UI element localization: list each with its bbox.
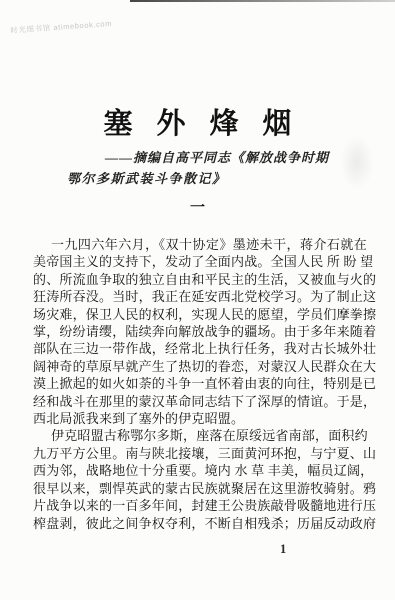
body-text-line: 经和战斗在那里的蒙汉革命同志结下了深厚的情谊。于是， bbox=[33, 393, 367, 410]
body-text-line: 片战争以来的一百多年间，封建王公贵族敲骨吸髓地进行压 bbox=[33, 497, 367, 514]
body-text-line: 九万平方公里。南与陕北接壤，三面黄河环抱，与宁夏、山 bbox=[33, 445, 367, 462]
body-text-line: 西为邻，战略地位十分重要。境内 水 草 丰美，幅员辽阔， bbox=[33, 462, 367, 479]
body-text-line: 漠上掀起的如火如荼的斗争一直怀着由衷的向往，特别是已 bbox=[33, 375, 367, 392]
page-number: 1 bbox=[280, 542, 286, 557]
body-text-line: 伊克昭盟古称鄂尔多斯，座落在原绥远省南部，面积约 bbox=[33, 427, 367, 444]
section-number: 一 bbox=[0, 196, 395, 217]
attribution-line-1: ——摘编自高平同志《解放战争时期 bbox=[105, 147, 329, 166]
scan-edge-artifact bbox=[130, 0, 395, 2]
body-text-line: 狂涛所吞没。当时，我正在延安西北党校学习。为了制止这 bbox=[33, 288, 367, 305]
body-text-line: 一九四六年六月，《双十协定》墨迹未干，蒋介石就在 bbox=[33, 236, 367, 253]
page-title: 塞外烽烟 bbox=[0, 101, 395, 142]
body-text-line: 很早以来，剽悍英武的蒙古民族就聚居在这里游牧骑射。鸦 bbox=[33, 480, 367, 497]
attribution-line-2: 鄂尔多斯武装斗争散记》 bbox=[67, 168, 227, 187]
body-text-line: 场灾难，保卫人民的权利，实现人民的愿望，学员们摩拳擦 bbox=[33, 306, 367, 323]
body-text-line: 榨盘剥，彼此之间争权夺利，不断自相残杀；历届反动政府 bbox=[33, 515, 367, 532]
body-text-line: 掌，纷纷请缨，陆续奔向解放战争的疆场。由于多年来随着 bbox=[33, 323, 367, 340]
scan-smudge bbox=[340, 135, 374, 190]
body-text-block: 一九四六年六月，《双十协定》墨迹未干，蒋介石就在 美帝国主义的支持下，发动了全面… bbox=[33, 236, 367, 532]
scanned-book-page: { "watermark": { "text": "时光图书馆 atimeboo… bbox=[0, 0, 395, 600]
body-text-line: 西北局派我来到了塞外的伊克昭盟。 bbox=[33, 410, 367, 427]
body-text-line: 阔神奇的草原早就产生了热切的眷恋，对蒙汉人民群众在大 bbox=[33, 358, 367, 375]
body-text-line: 部队在三边一带作战，经常北上执行任务，我对古长城外壮 bbox=[33, 340, 367, 357]
watermark: 时光图书馆 atimebook.com bbox=[10, 18, 112, 36]
body-text-line: 美帝国主义的支持下，发动了全面内战。全国人民 所 盼 望 bbox=[33, 253, 367, 270]
body-text-line: 的、所流血争取的独立自由和平民主的生活，又被血与火的 bbox=[33, 271, 367, 288]
